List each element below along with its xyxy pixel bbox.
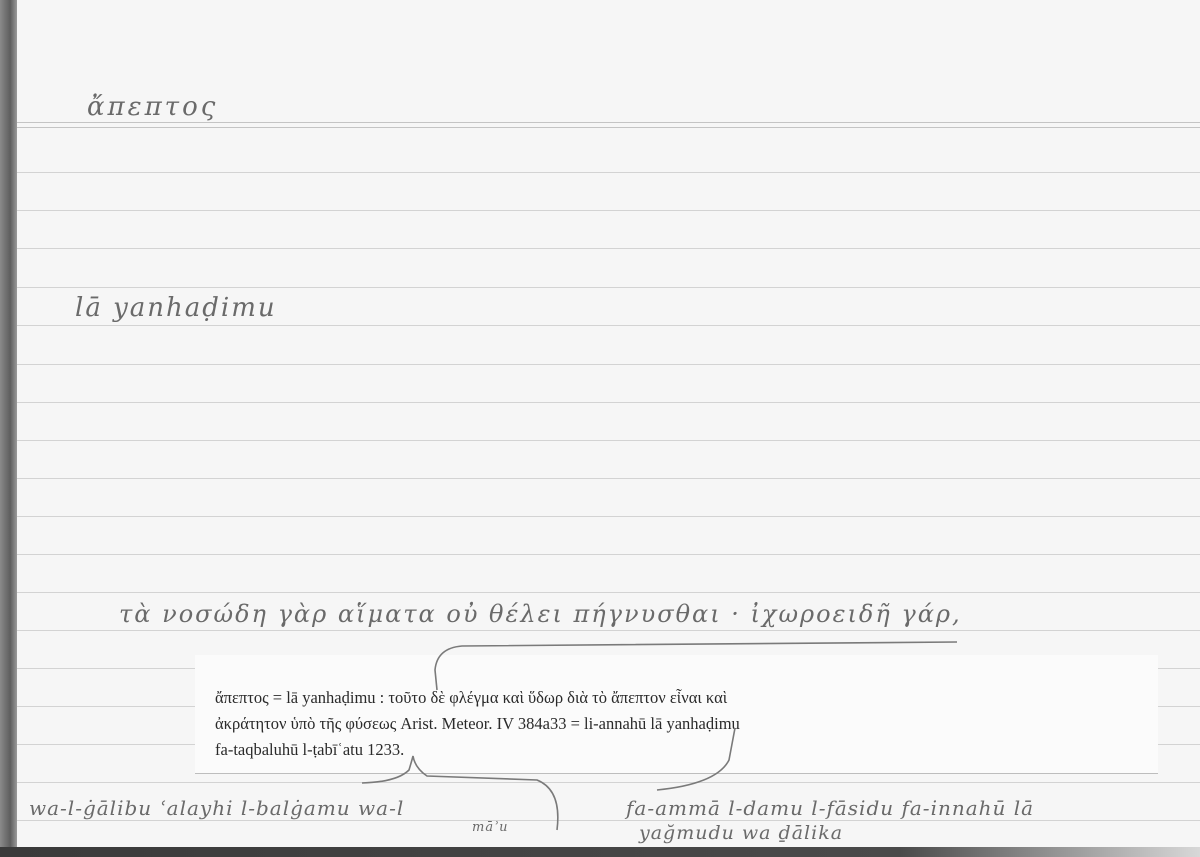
card-rule-double-bottom — [17, 127, 1200, 128]
printed-slip-line-1: ἄπεπτος = lā yanhaḍimu : τοῦτο δὲ φλέγμα… — [215, 685, 740, 711]
card-rule — [17, 210, 1200, 211]
printed-slip: ἄπεπτος = lā yanhaḍimu : τοῦτο δὲ φλέγμα… — [195, 655, 1158, 773]
headword-arabic-transliteration: lā yanhaḍimu — [75, 293, 277, 323]
card-rule — [17, 287, 1200, 288]
printed-slip-text: ἄπεπτος = lā yanhaḍimu : τοῦτο δὲ φλέγμα… — [215, 685, 740, 763]
card-rule — [17, 402, 1200, 403]
scan-edge-left — [0, 0, 17, 857]
card-rule — [17, 364, 1200, 365]
handwritten-note-left-sub: māʾu — [472, 820, 508, 835]
card-rule — [17, 630, 1200, 631]
card-rule — [17, 325, 1200, 326]
card-rule — [17, 516, 1200, 517]
handwritten-note-right-line-2: yağmudu wa ḏālika — [639, 822, 843, 844]
printed-slip-line-3: fa-taqbaluhū l-ṭabīʿatu 1233. — [215, 737, 740, 763]
card-rule — [17, 782, 1200, 783]
card-rule-double-top — [17, 122, 1200, 123]
handwritten-greek-citation: τὰ νοσώδη γὰρ αἵματα οὐ θέλει πήγνυσθαι … — [119, 600, 962, 628]
printed-slip-line-2: ἀκράτητον ὑπὸ τῆς φύσεως Arist. Meteor. … — [215, 711, 740, 737]
index-card: ἄπεπτος lā yanhaḍimu τὰ νοσώδη γὰρ αἵματ… — [17, 0, 1200, 847]
card-rule — [17, 248, 1200, 249]
scan-edge-bottom — [0, 847, 1200, 857]
card-rule — [17, 820, 1200, 821]
handwritten-note-left: wa-l-ġālibu ʿalayhi l-balġamu wa-l — [29, 796, 404, 820]
card-rule — [17, 478, 1200, 479]
headword-greek: ἄπεπτος — [87, 92, 218, 122]
card-rule — [17, 172, 1200, 173]
card-rule — [17, 592, 1200, 593]
card-rule — [17, 440, 1200, 441]
handwritten-note-right-line-1: fa-ammā l-damu l-fāsidu fa-innahū lā — [626, 796, 1034, 820]
card-rule — [17, 554, 1200, 555]
